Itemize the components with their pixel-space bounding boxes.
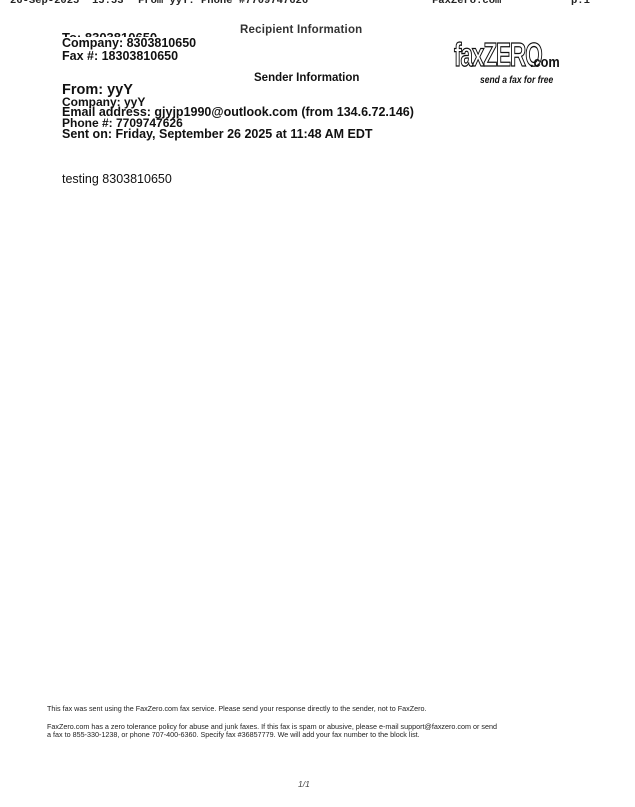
fax-date: 26-Sep-2025 bbox=[10, 0, 79, 7]
sender-information-heading: Sender Information bbox=[254, 72, 359, 84]
footer-notice: This fax was sent using the FaxZero.com … bbox=[47, 705, 427, 714]
fax-from: From yyY. Phone #7709747626 bbox=[138, 0, 308, 7]
recipient-fax-number: Fax #: 18303810650 bbox=[62, 50, 178, 63]
logo-wordmark: faxZERO bbox=[454, 38, 542, 72]
fax-transmission-header: 26-Sep-2025 15:53 From yyY. Phone #77097… bbox=[0, 0, 635, 9]
fax-message-body: testing 8303810650 bbox=[62, 172, 172, 186]
fax-page-number: p.1 bbox=[571, 0, 590, 7]
logo-tagline: send a fax for free bbox=[480, 75, 553, 86]
page-count: 1/1 bbox=[298, 779, 310, 789]
logo-suffix: .com bbox=[530, 54, 560, 71]
footer-abuse-policy-line2: a fax to 855-330-1238, or phone 707-400-… bbox=[47, 731, 420, 740]
fax-time: 15:53 bbox=[92, 0, 124, 7]
recipient-information-heading: Recipient Information bbox=[240, 24, 362, 36]
faxzero-logo: faxZERO .com send a fax for free bbox=[454, 38, 584, 90]
fax-site: FaxZero.com bbox=[432, 0, 501, 7]
sender-sent-on: Sent on: Friday, September 26 2025 at 11… bbox=[62, 128, 373, 140]
